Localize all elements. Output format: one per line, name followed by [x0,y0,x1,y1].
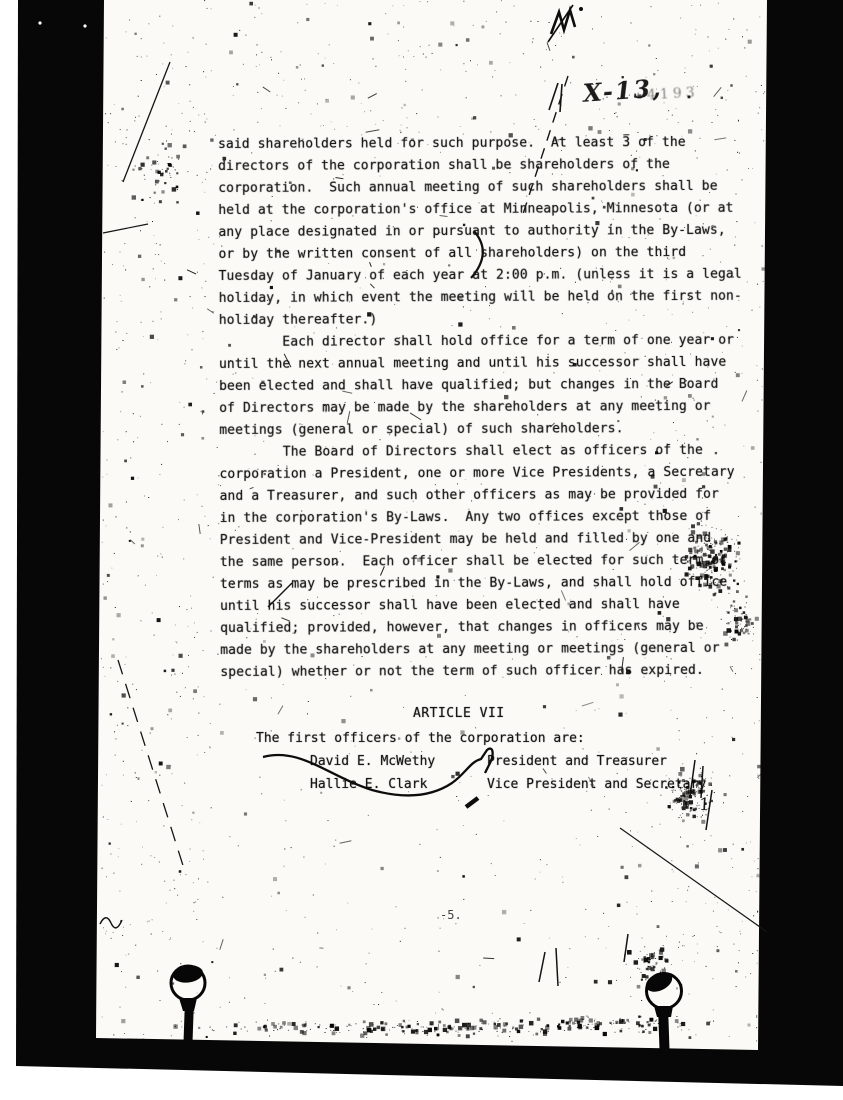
officer-title: President and Treasurer [487,754,667,769]
typewritten-line: directors of the corporation shall be sh… [218,154,763,178]
officer-name: David E. McWethy [310,754,435,769]
typewritten-line: Tuesday of January of each year at 2:00 … [219,264,764,288]
typewritten-line: been elected and shall have qualified; b… [219,374,764,398]
typewritten-line: in the corporation's By-Laws. Any two of… [220,506,765,530]
typewritten-line: until the next annual meeting and until … [219,352,764,376]
typewritten-line: meetings (general or special) of such sh… [219,418,764,442]
smudge-noise [0,0,1,1]
faded-annotation-marks: 4193 [647,85,699,104]
typewritten-line: holiday, in which event the meeting will… [219,286,764,310]
typewritten-line: made by the shareholders at any meeting … [220,638,765,662]
faded-center-page-mark: -5. [440,908,462,922]
typewritten-line: said shareholders held for such purpose.… [218,132,763,156]
officers-intro-line: The first officers of the corporation ar… [256,731,585,746]
typewritten-line: or by the written consent of all shareho… [218,242,763,266]
typewritten-line: special) whether or not the term of such… [220,660,765,684]
officer-name: Hallie E. Clark [310,777,427,792]
typewritten-line: President and Vice-President may be held… [220,528,765,552]
typewritten-line: qualified; provided, however, that chang… [220,616,765,640]
typewritten-line: held at the corporation's office at Minn… [218,198,763,222]
article-heading: ARTICLE VII [413,706,505,721]
typewritten-line: any place designated in or pursuant to a… [218,220,763,244]
typewritten-line: the same person. Each officer shall be e… [220,550,765,574]
typewritten-line: terms as may be prescribed in the By-Law… [220,572,765,596]
hair-scratch [623,134,629,135]
typewritten-line: and a Treasurer, and such other officers… [220,484,765,508]
page-number-mark: 1 [698,795,710,816]
officer-title: Vice President and Secretary [487,777,706,792]
scanned-document-page: said shareholders held for such purpose.… [0,0,843,1100]
typewritten-line: holiday thereafter.) [219,308,764,332]
typewritten-line: corporation. Such annual meeting of such… [218,176,763,200]
typewritten-line: until his successor shall have been elec… [220,594,765,618]
typewritten-line: The Board of Directors shall elect as of… [219,440,764,464]
typewritten-line: of Directors may be made by the sharehol… [219,396,764,420]
typewritten-line: Each director shall hold office for a te… [219,330,764,354]
typewritten-line: corporation a President, one or more Vic… [219,462,764,486]
typewritten-body: said shareholders held for such purpose.… [218,132,765,684]
hair-scratch [483,957,494,959]
hair-scratch [319,947,323,948]
